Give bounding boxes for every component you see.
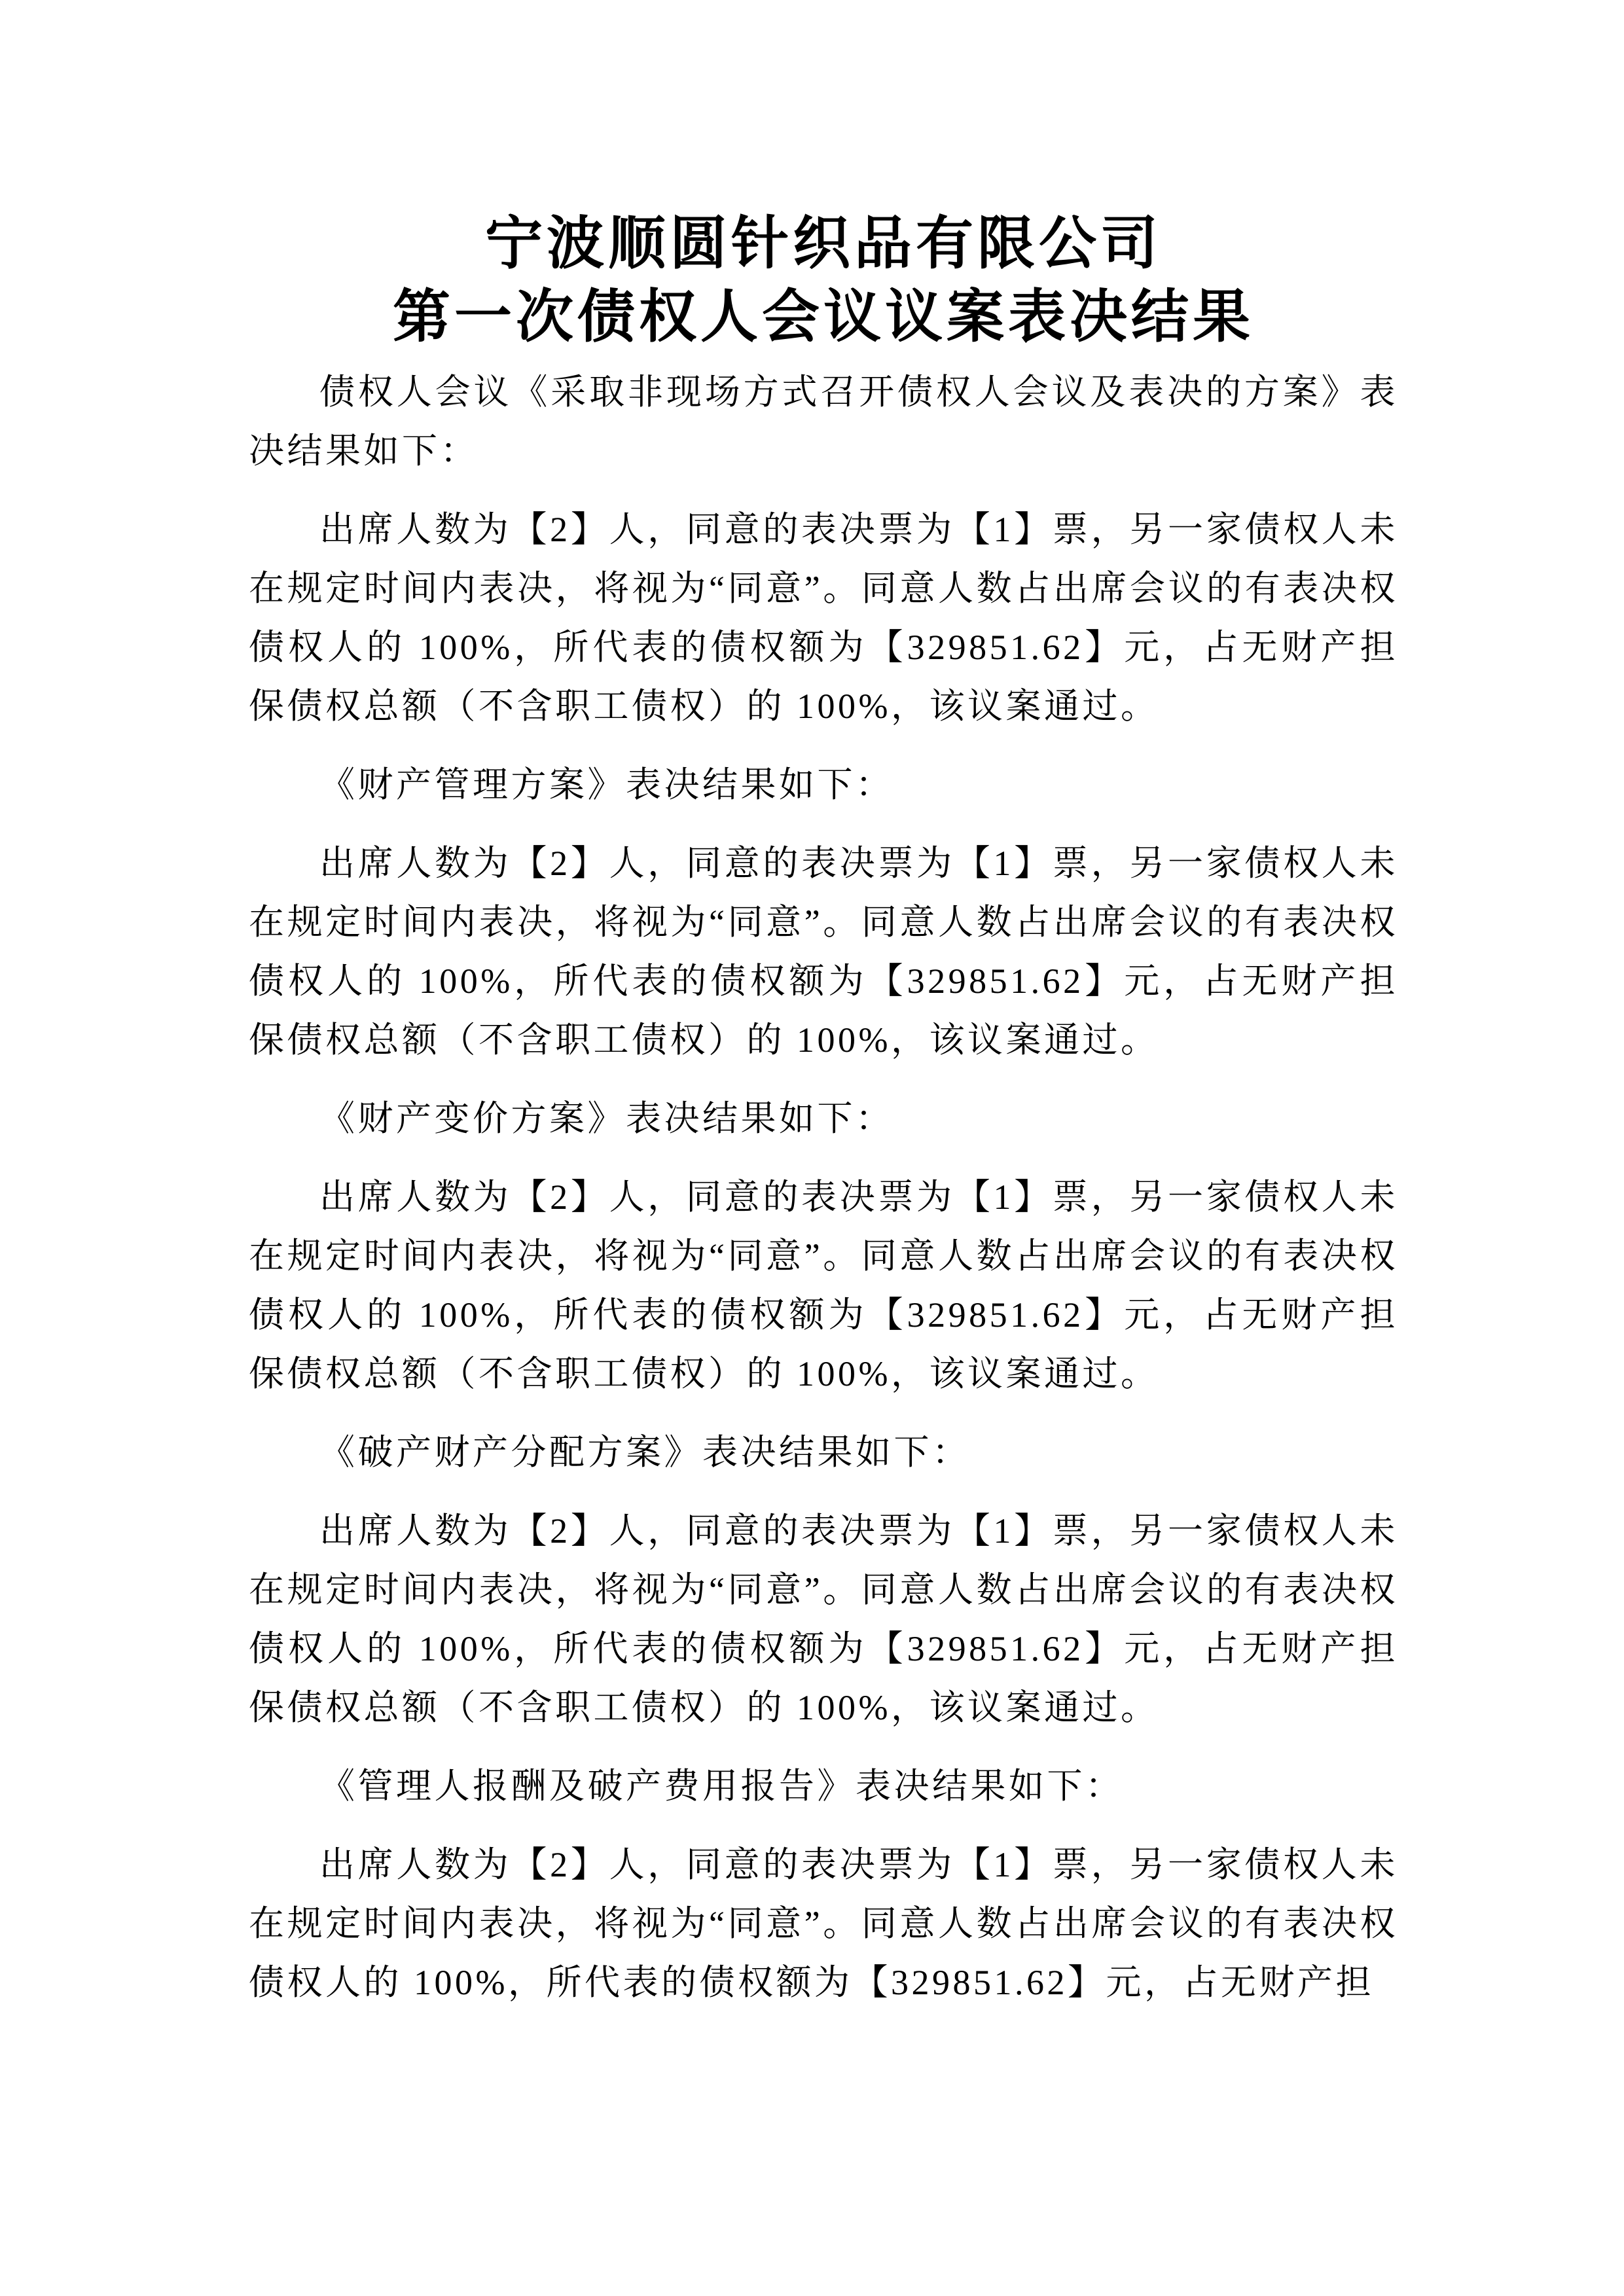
heading-bankruptcy-property-distribution-plan: 《破产财产分配方案》表决结果如下： — [249, 1423, 1398, 1482]
vote-result-paragraph-2: 出席人数为【2】人，同意的表决票为【1】票，另一家债权人未在规定时间内表决，将视… — [249, 834, 1398, 1069]
document-page: 宁波顺圆针织品有限公司 第一次债权人会议议案表决结果 债权人会议《采取非现场方式… — [0, 0, 1624, 2296]
heading-property-management-plan: 《财产管理方案》表决结果如下： — [249, 755, 1398, 814]
vote-result-paragraph-5-truncated: 出席人数为【2】人，同意的表决票为【1】票，另一家债权人未在规定时间内表决，将视… — [249, 1835, 1398, 2012]
heading-administrator-remuneration-and-expense-report: 《管理人报酬及破产费用报告》表决结果如下： — [249, 1757, 1398, 1816]
vote-result-paragraph-4: 出席人数为【2】人，同意的表决票为【1】票，另一家债权人未在规定时间内表决，将视… — [249, 1501, 1398, 1737]
document-body: 债权人会议《采取非现场方式召开债权人会议及表决的方案》表决结果如下： 出席人数为… — [249, 363, 1398, 2012]
vote-result-paragraph-3: 出席人数为【2】人，同意的表决票为【1】票，另一家债权人未在规定时间内表决，将视… — [249, 1168, 1398, 1403]
document-title-line1: 宁波顺圆针织品有限公司 — [249, 208, 1398, 281]
document-title-line2: 第一次债权人会议议案表决结果 — [249, 281, 1398, 355]
heading-property-liquidation-plan: 《财产变价方案》表决结果如下： — [249, 1089, 1398, 1148]
document-content: 宁波顺圆针织品有限公司 第一次债权人会议议案表决结果 债权人会议《采取非现场方式… — [0, 0, 1624, 2012]
intro-paragraph: 债权人会议《采取非现场方式召开债权人会议及表决的方案》表决结果如下： — [249, 363, 1398, 480]
vote-result-paragraph-1: 出席人数为【2】人，同意的表决票为【1】票，另一家债权人未在规定时间内表决，将视… — [249, 500, 1398, 736]
document-title: 宁波顺圆针织品有限公司 第一次债权人会议议案表决结果 — [249, 208, 1398, 355]
